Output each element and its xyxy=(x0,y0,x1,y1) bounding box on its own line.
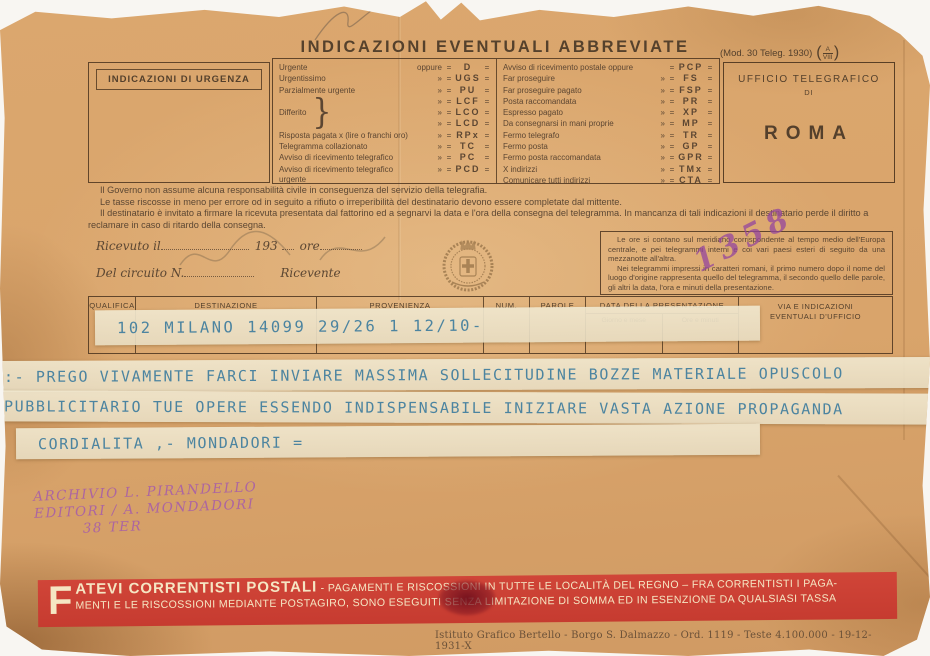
received-block: Ricevuto il 193 ore Del circuito N. Rice… xyxy=(96,237,386,291)
message-tape-strip: CORDIALITA ,- MONDADORI = xyxy=(16,424,760,460)
fill-in-line xyxy=(184,264,254,277)
ink-stamp-blob xyxy=(438,580,496,616)
column-via-indicazioni: VIA E INDICAZIONI EVENTUALI D'UFFICIO xyxy=(739,297,892,353)
form-title: INDICAZIONI EVENTUALI ABBREVIATE xyxy=(272,38,718,57)
era-fraction: ( AVIII ) xyxy=(816,44,839,62)
message-line: CORDIALITA ,- MONDADORI = xyxy=(16,424,760,454)
abbrev-column-left: Urgenteoppure=D= Urgentissimo»=UGS= Parz… xyxy=(273,59,497,183)
message-tape-strip: PUBBLICITARIO TUE OPERE ESSENDO INDISPEN… xyxy=(0,390,930,424)
urgency-indications-box: INDICAZIONI DI URGENZA xyxy=(88,62,270,183)
archive-handwritten-note: ARCHIVIO L. PIRANDELLO EDITORI / A. MOND… xyxy=(33,479,259,540)
abbrev-row: Urgenteoppure=D= xyxy=(279,62,491,73)
message-line: PUBBLICITARIO TUE OPERE ESSENDO INDISPEN… xyxy=(0,390,930,418)
banner-dropcap: F xyxy=(48,583,73,619)
hours-note-paragraph: Nei telegrammi impressi in caratteri rom… xyxy=(608,264,885,293)
fill-in-line xyxy=(161,237,249,250)
fill-in-line xyxy=(282,237,294,250)
received-line-1: Ricevuto il 193 ore xyxy=(96,237,386,253)
brace-glyph: } xyxy=(312,92,331,132)
message-tape-strip: :- PREGO VIVAMENTE FARCI INVIARE MASSIMA… xyxy=(0,357,930,392)
office-city: ROMA xyxy=(724,123,894,145)
fill-in-line xyxy=(320,237,362,250)
legal-line: Il Governo non assume alcuna responsabil… xyxy=(88,185,894,197)
abbrev-row: Fermo posta»=GP= xyxy=(503,141,714,152)
abbrev-row: Avviso di ricevimento telegrafico urgent… xyxy=(279,164,491,185)
abbrev-row: Fermo posta raccomandata»=GPR= xyxy=(503,152,714,163)
abbrev-row: Risposta pagata x (lire o franchi oro)»=… xyxy=(279,130,491,141)
urgency-box-title: INDICAZIONI DI URGENZA xyxy=(96,69,262,90)
telegram-paper-sheet: INDICAZIONI DI URGENZA INDICAZIONI EVENT… xyxy=(0,0,930,656)
abbrev-row: Far proseguire»=FS= xyxy=(503,73,714,84)
abbrev-row: Far proseguire pagato»=FSP= xyxy=(503,85,714,96)
abbrev-row: Telegramma collazionato»=TC= xyxy=(279,141,491,152)
routing-line: 102 MILANO 14099 29/26 1 12/10- xyxy=(95,306,760,338)
abbrev-row: Urgentissimo»=UGS= xyxy=(279,73,491,84)
differito-brace-label: Differito } xyxy=(279,95,332,130)
abbrev-row: Avviso di ricevimento telegrafico»=PC= xyxy=(279,152,491,163)
abbrev-row: Avviso di ricevimento postale oppure=PCP… xyxy=(503,62,714,73)
savoy-emblem-stamp xyxy=(438,230,498,296)
abbrev-row: Da consegnarsi in mani proprie»=MP= xyxy=(503,118,714,129)
message-line: :- PREGO VIVAMENTE FARCI INVIARE MASSIMA… xyxy=(0,357,930,386)
office-label: UFFICIO TELEGRAFICO xyxy=(724,74,894,85)
abbrev-row: Posta raccomandata»=PR= xyxy=(503,96,714,107)
printer-imprint: Istituto Grafico Bertello - Borgo S. Dal… xyxy=(435,630,885,652)
received-line-2: Del circuito N. Ricevente xyxy=(96,264,386,280)
abbrev-row: Espresso pagato»=XP= xyxy=(503,107,714,118)
abbreviations-table: Urgenteoppure=D= Urgentissimo»=UGS= Parz… xyxy=(272,58,720,184)
routing-tape-strip: 102 MILANO 14099 29/26 1 12/10- xyxy=(95,306,760,346)
office-di: DI xyxy=(724,88,894,97)
form-model-line: (Mod. 30 Teleg. 1930) ( AVIII ) xyxy=(720,44,896,62)
diagonal-crease xyxy=(837,475,930,647)
telegraph-office-box: UFFICIO TELEGRAFICO DI ROMA xyxy=(723,62,895,183)
abbrev-column-right: Avviso di ricevimento postale oppure=PCP… xyxy=(497,59,719,183)
abbrev-row: X indirizzi»=TMx= xyxy=(503,164,714,175)
abbrev-row: Fermo telegrafo»=TR= xyxy=(503,130,714,141)
